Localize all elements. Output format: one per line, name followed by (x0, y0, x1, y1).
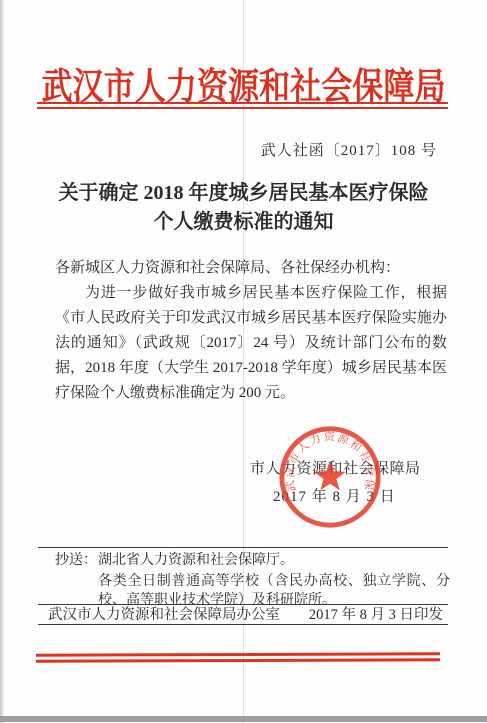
cc-items: 湖北省人力资源和社会保障厅。 各类全日制普通高等学校（含民办高校、独立学院、分校… (98, 551, 450, 611)
scanned-document-page: 武汉市人力资源和社会保障局 武人社函〔2017〕108 号 关于确定 2018 … (0, 0, 487, 723)
notice-title-line1: 关于确定 2018 年度城乡居民基本医疗保险 (0, 179, 487, 208)
scan-bottom-edge (0, 716, 487, 722)
printing-top-rule (38, 604, 448, 605)
notice-title-line2: 个人缴费标准的通知 (0, 208, 487, 237)
scan-left-edge (0, 0, 5, 723)
printing-date: 2017 年 8 月 3 日印发 (309, 607, 443, 624)
cc-top-rule (38, 547, 448, 548)
next-page-red-rule-bleed (36, 652, 440, 662)
cc-item-province-dept: 湖北省人力资源和社会保障厅。 (98, 551, 450, 571)
printing-info-row: 武汉市人力资源和社会保障局办公室 2017 年 8 月 3 日印发 (48, 607, 443, 624)
letterhead-double-rule (37, 102, 448, 109)
body-paragraph: 为进一步做好我市城乡居民基本医疗保险工作，根据《市人民政府关于印发武汉市城乡居民… (55, 281, 447, 406)
cc-section: 抄送： 湖北省人力资源和社会保障厅。 各类全日制普通高等学校（含民办高校、独立学… (55, 551, 450, 611)
seal-star-icon (314, 461, 345, 491)
printing-bottom-rule (38, 624, 448, 625)
official-red-seal-icon: 武汉市人力资源和社会保障局 (277, 424, 383, 530)
cc-label: 抄送： (55, 551, 98, 611)
notice-title: 关于确定 2018 年度城乡居民基本医疗保险 个人缴费标准的通知 (0, 179, 487, 237)
printing-office: 武汉市人力资源和社会保障局办公室 (48, 607, 280, 624)
salutation: 各新城区人力资源和社会保障局、各社保经办机构： (55, 256, 400, 277)
document-number: 武人社函〔2017〕108 号 (261, 139, 437, 160)
